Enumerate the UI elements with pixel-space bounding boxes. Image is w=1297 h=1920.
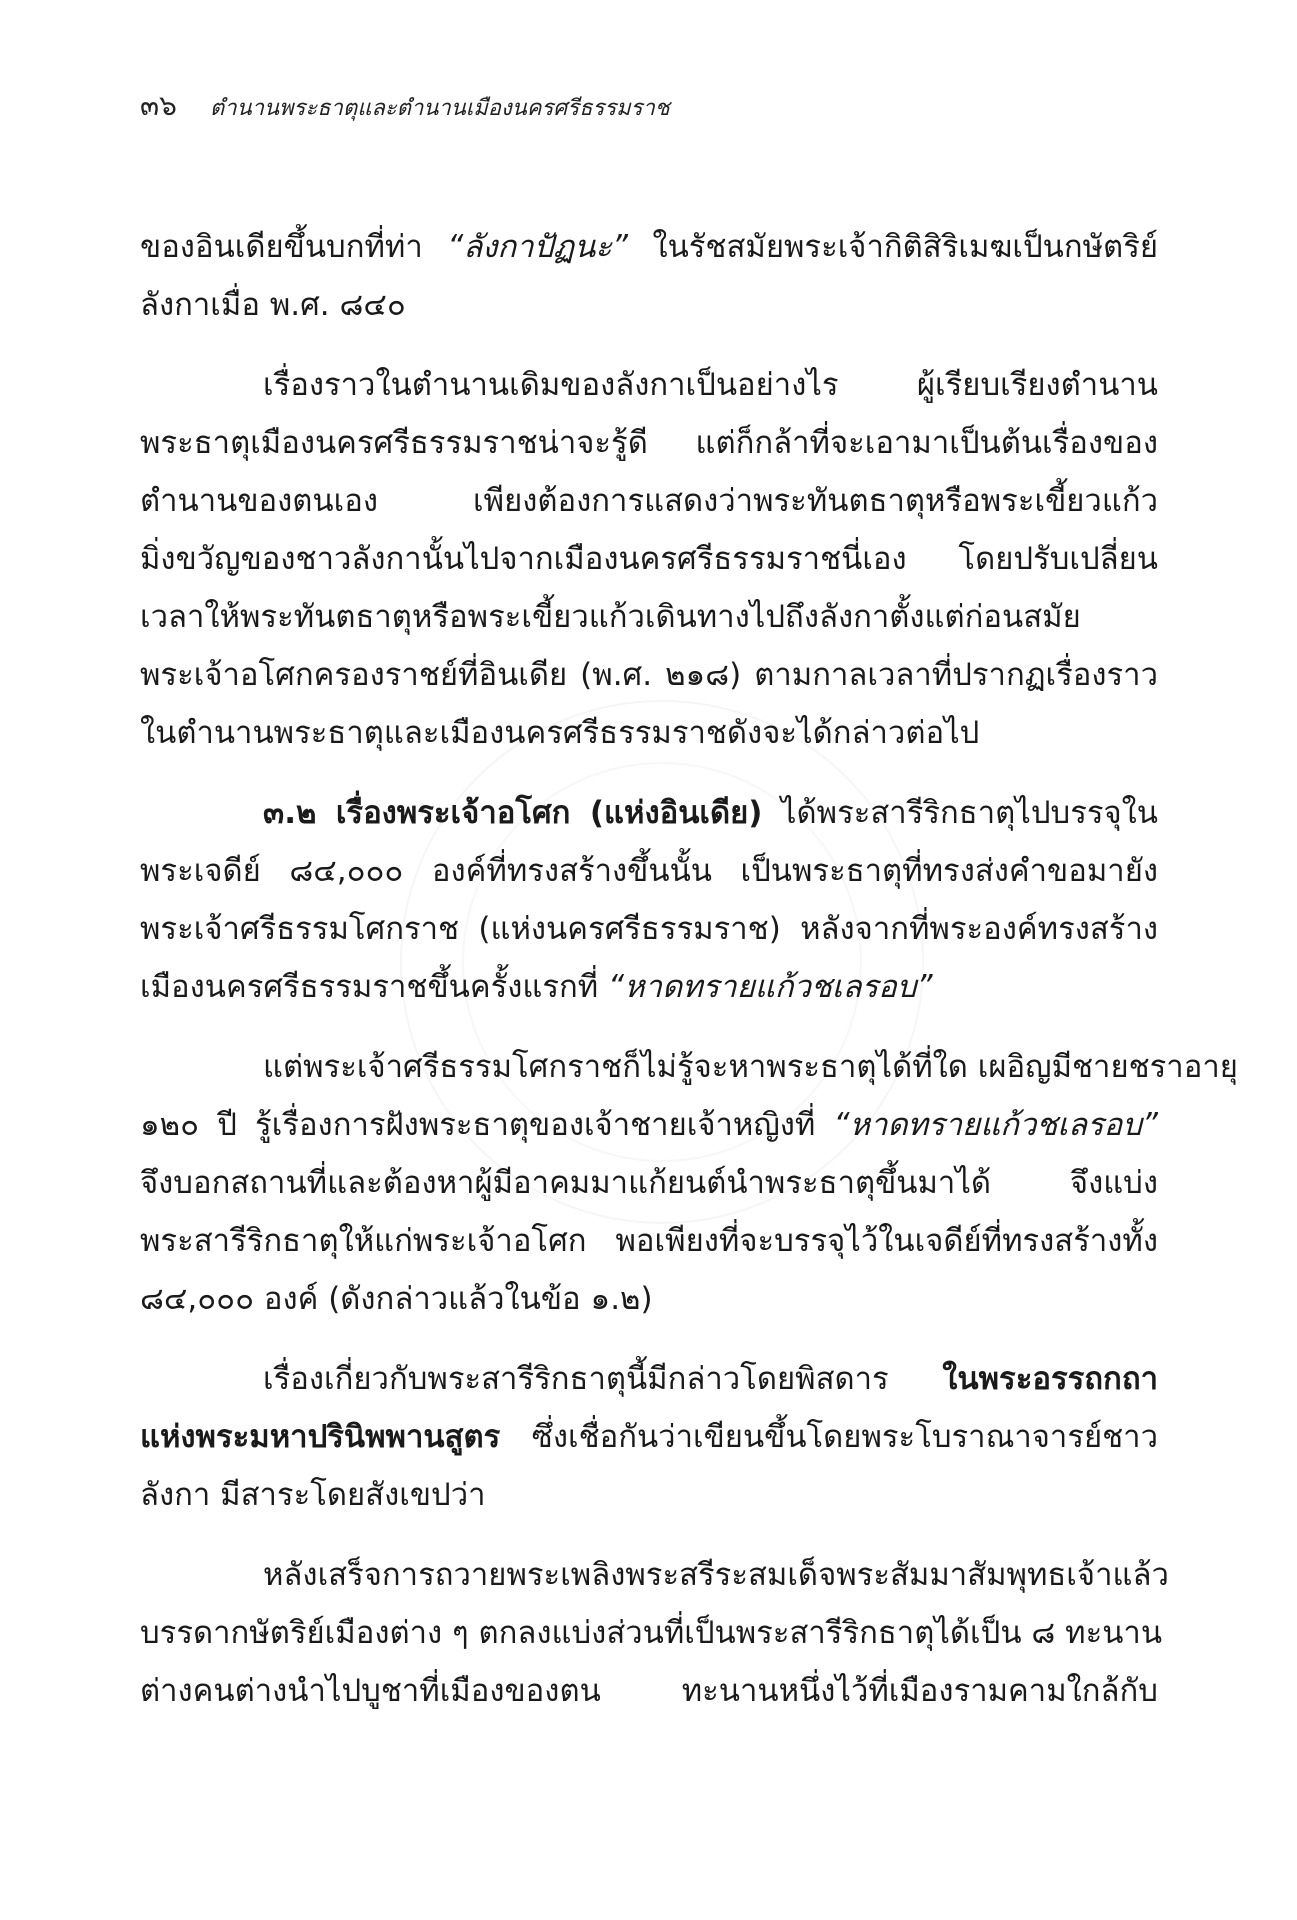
paragraph: ของอินเดียขึ้นบกที่ท่า “ลังกาปัฏนะ” ในรั… [140, 218, 1158, 334]
text-line: แต่พระเจ้าศรีธรรมโศกราชก็ไม่รู้จะหาพระธา… [140, 1038, 1158, 1096]
text-run: เรื่องเกี่ยวกับพระสารีริกธาตุนี้มีกล่าวโ… [263, 1361, 942, 1397]
quoted-term: “ลังกาปัฏนะ” [447, 229, 628, 265]
quoted-term: “หาดทรายแก้วชเลรอบ” [834, 1107, 1159, 1143]
paragraph: เรื่องราวในตำนานเดิมของลังกาเป็นอย่างไร … [140, 356, 1158, 762]
text-run: ได้พระสารีริกธาตุไปบรรจุใน [762, 795, 1158, 831]
text-line: มิ่งขวัญของชาวลังกานั้นไปจากเมืองนครศรีธ… [140, 530, 1158, 588]
running-head: ๓๖ ตำนานพระธาตุและตำนานเมืองนครศรีธรรมรา… [140, 84, 670, 128]
section-heading: ๓.๒ เรื่องพระเจ้าอโศก (แห่งอินเดีย) [263, 795, 762, 831]
paragraph: หลังเสร็จการถวายพระเพลิงพระสรีระสมเด็จพร… [140, 1546, 1158, 1720]
paragraph: แต่พระเจ้าศรีธรรมโศกราชก็ไม่รู้จะหาพระธา… [140, 1038, 1158, 1328]
text-line: หลังเสร็จการถวายพระเพลิงพระสรีระสมเด็จพร… [140, 1546, 1158, 1604]
text-line: บรรดากษัตริย์เมืองต่าง ๆ ตกลงแบ่งส่วนที่… [140, 1604, 1158, 1662]
text-line: พระเจดีย์ ๘๔,๐๐๐ องค์ที่ทรงสร้างขึ้นนั้น… [140, 842, 1158, 900]
text-line: พระเจ้าศรีธรรมโศกราช (แห่งนครศรีธรรมราช)… [140, 900, 1158, 958]
text-run: ๑๒๐ ปี รู้เรื่องการฝังพระธาตุของเจ้าชายเ… [140, 1107, 834, 1143]
text-line: ๘๔,๐๐๐ องค์ (ดังกล่าวแล้วในข้อ ๑.๒) [140, 1270, 1158, 1328]
text-line: ลังกา มีสาระโดยสังเขปว่า [140, 1466, 1158, 1524]
text-line: พระเจ้าอโศกครองราชย์ที่อินเดีย (พ.ศ. ๒๑๘… [140, 646, 1158, 704]
paragraph: เรื่องเกี่ยวกับพระสารีริกธาตุนี้มีกล่าวโ… [140, 1350, 1158, 1524]
text-run: ในรัชสมัยพระเจ้ากิติสิริเมฆเป็นกษัตริย์ [628, 229, 1158, 265]
bold-citation: ในพระอรรถกถา [942, 1361, 1158, 1397]
text-line: ในตำนานพระธาตุและเมืองนครศรีธรรมราชดังจะ… [140, 704, 1158, 762]
text-line: พระสารีริกธาตุให้แก่พระเจ้าอโศก พอเพียงท… [140, 1212, 1158, 1270]
text-run: ของอินเดียขึ้นบกที่ท่า [140, 229, 447, 265]
text-line: เวลาให้พระทันตธาตุหรือพระเขี้ยวแก้วเดินท… [140, 588, 1158, 646]
text-run: ซึ่งเชื่อกันว่าเขียนขึ้นโดยพระโบราณาจารย… [500, 1419, 1158, 1455]
text-line: เรื่องราวในตำนานเดิมของลังกาเป็นอย่างไร … [140, 356, 1158, 414]
running-title: ตำนานพระธาตุและตำนานเมืองนครศรีธรรมราช [210, 96, 670, 121]
text-line: พระธาตุเมืองนครศรีธรรมราชน่าจะรู้ดี แต่ก… [140, 414, 1158, 472]
body-text: ของอินเดียขึ้นบกที่ท่า “ลังกาปัฏนะ” ในรั… [140, 218, 1158, 1742]
page-number: ๓๖ [140, 89, 177, 122]
text-line: ตำนานของตนเอง เพียงต้องการแสดงว่าพระทันต… [140, 472, 1158, 530]
section-3-2: ๓.๒ เรื่องพระเจ้าอโศก (แห่งอินเดีย) ได้พ… [140, 784, 1158, 1016]
bold-citation: แห่งพระมหาปรินิพพานสูตร [140, 1419, 500, 1455]
text-run: เมืองนครศรีธรรมราชขึ้นครั้งแรกที่ [140, 969, 608, 1005]
quoted-term: “หาดทรายแก้วชเลรอบ” [608, 969, 933, 1005]
text-line: จึงบอกสถานที่และต้องหาผู้มีอาคมมาแก้ยนต์… [140, 1154, 1158, 1212]
text-line: ต่างคนต่างนำไปบูชาที่เมืองของตน ทะนานหนึ… [140, 1662, 1158, 1720]
text-line: ลังกาเมื่อ พ.ศ. ๘๔๐ [140, 276, 1158, 334]
